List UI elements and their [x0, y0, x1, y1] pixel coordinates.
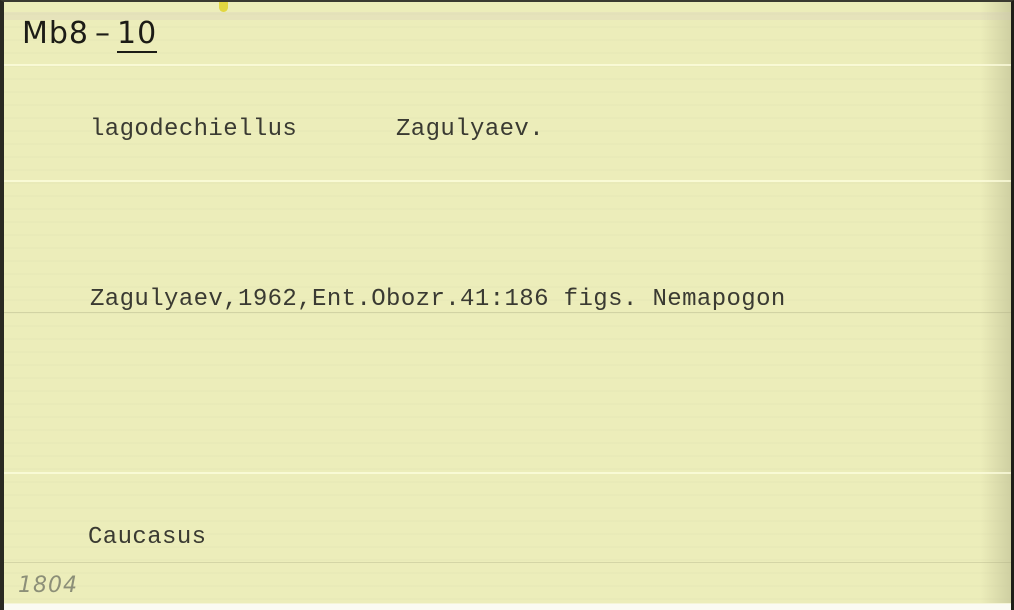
paper-line — [4, 64, 1011, 66]
paper-line — [4, 472, 1011, 474]
locality: Caucasus — [88, 524, 206, 551]
call-number-value: 10 — [117, 18, 157, 53]
call-number: Mb8–10 — [22, 16, 157, 53]
pencil-note: 1804 — [18, 573, 78, 598]
bibliographic-reference: Zagulyaev,1962,Ent.Obozr.41:186 figs. Ne… — [90, 286, 786, 313]
paper-line — [4, 562, 1011, 563]
call-number-separator: – — [95, 16, 111, 51]
index-card: Mb8–10 lagodechiellus Zagulyaev. Zagulya… — [0, 0, 1014, 610]
paper-line — [4, 180, 1011, 182]
species-name: lagodechiellus — [90, 116, 297, 143]
call-number-prefix: Mb8 — [22, 16, 89, 51]
card-bottom-edge — [4, 603, 1011, 610]
yellow-tab-mark — [219, 2, 228, 12]
species-author: Zagulyaev. — [396, 116, 544, 143]
